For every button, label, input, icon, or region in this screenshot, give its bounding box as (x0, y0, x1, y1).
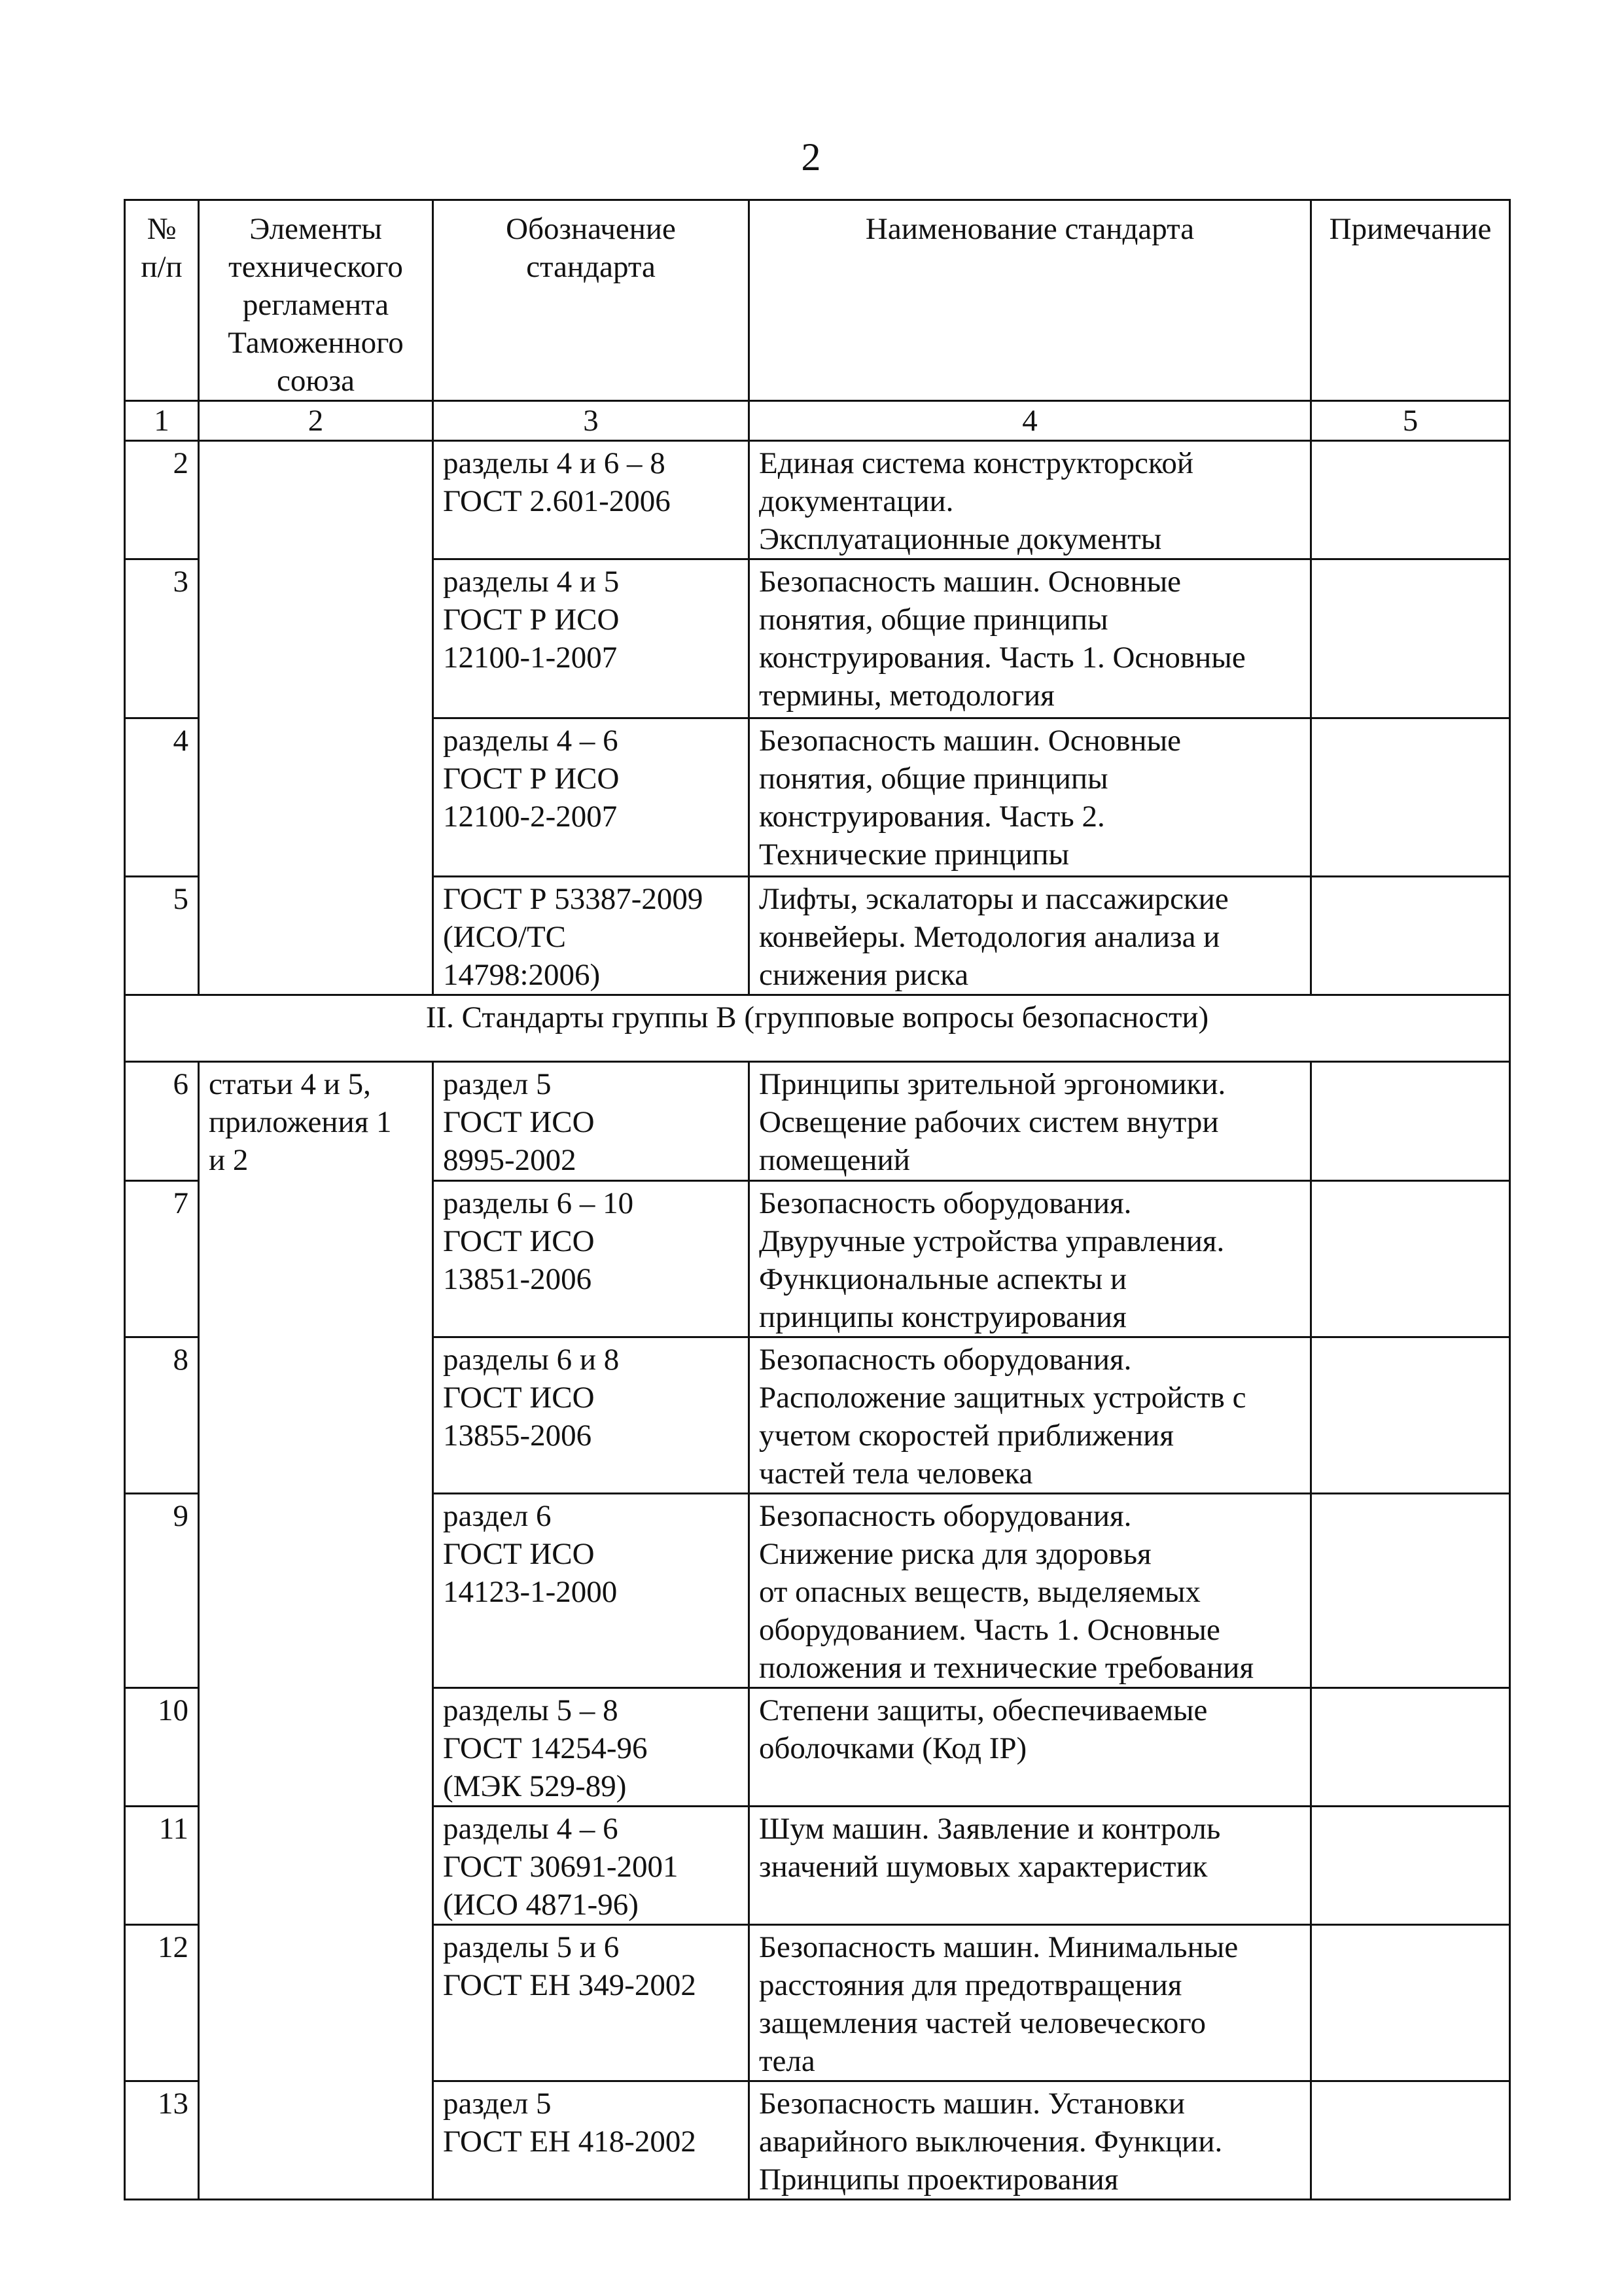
header-designation: Обозначение стандарта (433, 200, 749, 401)
header-row: № п/п Элементы технического регламента Т… (125, 200, 1510, 401)
table-row: 6 статьи 4 и 5, приложения 1 и 2 раздел … (125, 1062, 1510, 1181)
row-number: 6 (125, 1062, 199, 1181)
section-header-row: II. Стандарты группы В (групповые вопрос… (125, 995, 1510, 1062)
note (1311, 718, 1510, 877)
designation: разделы 5 – 8 ГОСТ 14254-96 (МЭК 529-89) (433, 1688, 749, 1807)
note (1311, 1688, 1510, 1807)
note (1311, 441, 1510, 559)
standard-name: Безопасность машин. Установки аварийного… (749, 2081, 1311, 2200)
standard-name: Безопасность машин. Минимальные расстоян… (749, 1925, 1311, 2081)
note (1311, 1807, 1510, 1925)
designation: ГОСТ Р 53387-2009 (ИСО/ТС 14798:2006) (433, 877, 749, 995)
standard-name: Безопасность машин. Основные понятия, об… (749, 559, 1311, 718)
standard-name: Принципы зрительной эргономики. Освещени… (749, 1062, 1311, 1181)
column-index: 1 (125, 401, 199, 441)
header-element: Элементы технического регламента Таможен… (199, 200, 433, 401)
row-number: 9 (125, 1494, 199, 1688)
column-index-row: 1 2 3 4 5 (125, 401, 1510, 441)
designation: раздел 5 ГОСТ ЕН 418-2002 (433, 2081, 749, 2200)
note (1311, 1062, 1510, 1181)
standard-name: Безопасность оборудования. Двуручные уст… (749, 1181, 1311, 1337)
header-name: Наименование стандарта (749, 200, 1311, 401)
column-index: 3 (433, 401, 749, 441)
designation: разделы 4 – 6 ГОСТ Р ИСО 12100-2-2007 (433, 718, 749, 877)
header-number: № п/п (125, 200, 199, 401)
column-index: 5 (1311, 401, 1510, 441)
note (1311, 1494, 1510, 1688)
table-row: 2 разделы 4 и 6 – 8 ГОСТ 2.601-2006 Един… (125, 441, 1510, 559)
designation: разделы 6 – 10 ГОСТ ИСО 13851-2006 (433, 1181, 749, 1337)
page-number: 2 (0, 134, 1622, 180)
designation: разделы 5 и 6 ГОСТ ЕН 349-2002 (433, 1925, 749, 2081)
designation: разделы 6 и 8 ГОСТ ИСО 13855-2006 (433, 1337, 749, 1494)
row-number: 3 (125, 559, 199, 718)
note (1311, 2081, 1510, 2200)
element-cell (199, 441, 433, 995)
row-number: 7 (125, 1181, 199, 1337)
row-number: 12 (125, 1925, 199, 2081)
standard-name: Шум машин. Заявление и контроль значений… (749, 1807, 1311, 1925)
standard-name: Безопасность оборудования. Расположение … (749, 1337, 1311, 1494)
element-cell: статьи 4 и 5, приложения 1 и 2 (199, 1062, 433, 2200)
note (1311, 1181, 1510, 1337)
designation: разделы 4 и 5 ГОСТ Р ИСО 12100-1-2007 (433, 559, 749, 718)
standards-table: № п/п Элементы технического регламента Т… (124, 199, 1511, 2200)
designation: разделы 4 и 6 – 8 ГОСТ 2.601-2006 (433, 441, 749, 559)
standard-name: Лифты, эскалаторы и пассажирские конвейе… (749, 877, 1311, 995)
column-index: 2 (199, 401, 433, 441)
row-number: 11 (125, 1807, 199, 1925)
standard-name: Безопасность машин. Основные понятия, об… (749, 718, 1311, 877)
row-number: 2 (125, 441, 199, 559)
standard-name: Единая система конструкторской документа… (749, 441, 1311, 559)
note (1311, 1337, 1510, 1494)
row-number: 5 (125, 877, 199, 995)
row-number: 10 (125, 1688, 199, 1807)
standard-name: Степени защиты, обеспечиваемые оболочкам… (749, 1688, 1311, 1807)
section-title: II. Стандарты группы В (групповые вопрос… (125, 995, 1510, 1062)
row-number: 13 (125, 2081, 199, 2200)
note (1311, 559, 1510, 718)
row-number: 8 (125, 1337, 199, 1494)
note (1311, 877, 1510, 995)
designation: разделы 4 – 6 ГОСТ 30691-2001 (ИСО 4871-… (433, 1807, 749, 1925)
designation: раздел 6 ГОСТ ИСО 14123-1-2000 (433, 1494, 749, 1688)
standard-name: Безопасность оборудования. Снижение риск… (749, 1494, 1311, 1688)
row-number: 4 (125, 718, 199, 877)
header-note: Примечание (1311, 200, 1510, 401)
column-index: 4 (749, 401, 1311, 441)
note (1311, 1925, 1510, 2081)
designation: раздел 5 ГОСТ ИСО 8995-2002 (433, 1062, 749, 1181)
